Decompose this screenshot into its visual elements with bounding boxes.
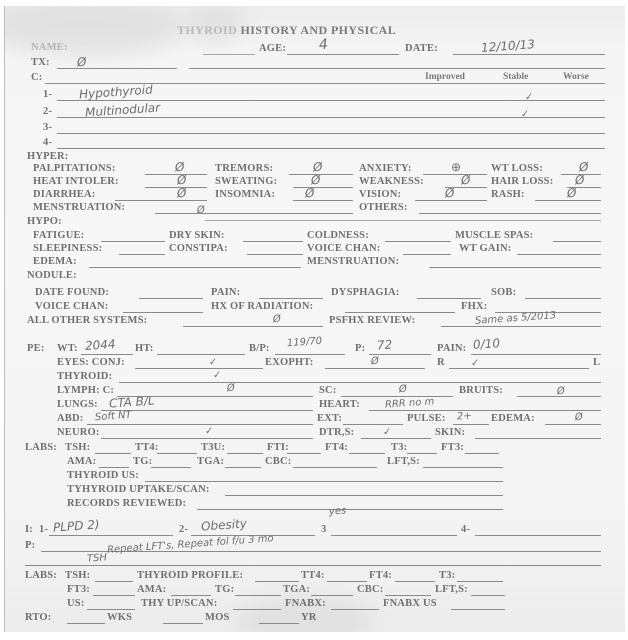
- p-value: 72: [377, 338, 393, 351]
- i3-num: 3: [321, 524, 326, 535]
- labs2-ft3-line[interactable]: [93, 595, 135, 596]
- pain-pe-value: 0/10: [473, 337, 501, 351]
- labs-ft3-label: FT3:: [441, 442, 464, 453]
- labs-cbc-line[interactable]: [293, 467, 377, 468]
- labs2-tt4-label: TT4:: [301, 570, 325, 581]
- name-label: NAME:: [31, 42, 68, 53]
- rash-label: RASH:: [491, 189, 525, 200]
- bp-label: B/P:: [249, 343, 270, 354]
- wt-gain-line[interactable]: [517, 254, 601, 255]
- complaint-2-mark: ✓: [521, 109, 530, 122]
- all-other-systems-value: Ø: [273, 314, 282, 327]
- p-label: P:: [355, 343, 365, 354]
- pain-pe-label: PAIN:: [437, 343, 466, 354]
- rto-wks-line[interactable]: [67, 623, 105, 624]
- abd-value: Soft NT: [95, 410, 132, 425]
- nodule-heading: NODULE:: [27, 270, 77, 281]
- muscle-spas-line[interactable]: [553, 241, 601, 242]
- age-label: AGE:: [259, 43, 286, 54]
- eyes-conj-label: EYES: CONJ:: [57, 357, 125, 368]
- thyroid-value: ✓: [213, 370, 222, 383]
- sc-value: Ø: [399, 384, 408, 397]
- palpitations-value: Ø: [175, 161, 185, 174]
- dtrs-line[interactable]: [361, 438, 431, 439]
- thyroid-form-page: THYROID HISTORY AND PHYSICAL NAME: AGE: …: [4, 6, 625, 632]
- hyper-menstruation-line[interactable]: [155, 213, 353, 214]
- hypo-heading: HYPO:: [27, 216, 62, 227]
- lungs-label: LUNGS:: [57, 399, 98, 410]
- hx-radiation-label: HX OF RADIATION:: [211, 301, 313, 312]
- wt-loss-value: Ø: [579, 161, 589, 174]
- dtrs-value: ✓: [383, 427, 392, 440]
- eyes-conj-value: ✓: [209, 357, 218, 370]
- hyper-menstruation-value: Ø: [197, 205, 206, 218]
- complaint-1-value: Hypothyroid: [79, 83, 153, 100]
- anxiety-line[interactable]: [423, 174, 487, 175]
- records-reviewed-value: yes: [329, 505, 347, 518]
- pulse-line[interactable]: [453, 424, 489, 425]
- voice-chan-label: VOICE CHAN:: [307, 243, 380, 254]
- dtrs-label: DTR,S:: [319, 427, 354, 438]
- labs2-cbc-label: CBC:: [357, 584, 383, 595]
- labs2-thy-up-scan-label: THY UP/SCAN:: [141, 598, 217, 609]
- rash-value: Ø: [567, 187, 577, 200]
- edema-pe-label: EDEMA:: [491, 413, 535, 424]
- lymph-c-label: LYMPH: C:: [57, 385, 114, 396]
- complaint-3-num: 3-: [43, 122, 52, 133]
- ht-line[interactable]: [157, 354, 245, 355]
- weakness-label: WEAKNESS:: [359, 176, 424, 187]
- pulse-label: PULSE:: [407, 413, 446, 424]
- dysphagia-line[interactable]: [417, 298, 481, 299]
- age-field-line[interactable]: [287, 54, 399, 55]
- i4-num: 4-: [461, 524, 470, 535]
- skin-line[interactable]: [475, 438, 601, 439]
- labs2-tsh-line[interactable]: [95, 581, 133, 582]
- r-l-line[interactable]: [449, 368, 589, 369]
- date-field-line[interactable]: [453, 54, 605, 55]
- status-col-improved: Improved: [425, 72, 465, 82]
- labs2-tga-line[interactable]: [311, 595, 353, 596]
- labs-t3-line[interactable]: [407, 453, 437, 454]
- labs2-tt4-line[interactable]: [327, 581, 367, 582]
- others-label: OTHERS:: [359, 202, 408, 213]
- pe-label: PE:: [27, 343, 45, 354]
- palpitations-label: PALPITATIONS:: [33, 163, 116, 174]
- labs2-heading: LABS:: [25, 570, 57, 581]
- i1-line[interactable]: [49, 535, 173, 536]
- thyroid-label: THYROID:: [57, 371, 112, 382]
- all-other-systems-label: ALL OTHER SYSTEMS:: [27, 315, 147, 326]
- anxiety-label: ANXIETY:: [359, 163, 412, 174]
- i2-num: 2-: [179, 524, 188, 535]
- labs-heading: LABS:: [25, 442, 57, 453]
- others-line[interactable]: [419, 213, 601, 214]
- labs2-us-line[interactable]: [87, 609, 135, 610]
- p-plan-line-2[interactable]: [25, 565, 601, 566]
- edema-pe-line[interactable]: [545, 424, 601, 425]
- labs-tga-line[interactable]: [225, 467, 261, 468]
- bp-value: 119/70: [287, 336, 323, 350]
- hypo-menstruation-label: MENSTRUATION:: [307, 256, 399, 267]
- dry-skin-line[interactable]: [243, 241, 303, 242]
- labs2-fnabx-line[interactable]: [331, 609, 379, 610]
- edema-pe-value: Ø: [575, 412, 584, 425]
- exopht-label: EXOPHT:: [265, 357, 313, 368]
- exopht-line[interactable]: [325, 368, 425, 369]
- status-col-worse: Worse: [563, 72, 589, 82]
- r-value: ✓: [471, 358, 480, 371]
- labs2-lfts-label: LFT,S:: [435, 584, 468, 595]
- bp-line[interactable]: [275, 354, 345, 355]
- age-value: 4: [319, 39, 329, 52]
- labs-lfts-line[interactable]: [423, 467, 503, 468]
- neuro-label: NEURO:: [57, 427, 100, 438]
- i-label: I:: [25, 524, 33, 535]
- heart-label: HEART:: [319, 399, 360, 410]
- sweating-value: Ø: [311, 174, 321, 187]
- lymph-c-value: Ø: [227, 383, 236, 396]
- labs-cbc-label: CBC:: [265, 456, 291, 467]
- skin-label: SKIN:: [435, 427, 465, 438]
- abd-label: ABD:: [57, 413, 83, 424]
- bruits-label: BRUITS:: [459, 385, 503, 396]
- i2-value: Obesity: [201, 517, 248, 532]
- tremors-value: Ø: [313, 161, 323, 174]
- voice-chan-nodule-line[interactable]: [123, 312, 203, 313]
- wt-line[interactable]: [81, 354, 133, 355]
- insomnia-label: INSOMNIA:: [215, 189, 275, 200]
- all-other-systems-line[interactable]: [183, 326, 323, 327]
- labs2-ft4-label: FT4:: [369, 570, 392, 581]
- hypo-menstruation-line[interactable]: [429, 267, 601, 268]
- c-label: C:: [31, 72, 42, 83]
- date-found-label: DATE FOUND:: [35, 287, 109, 298]
- hypo-edema-line[interactable]: [89, 267, 301, 268]
- l-label: L: [593, 357, 600, 368]
- complaint-4-line[interactable]: [57, 148, 605, 149]
- psfhx-review-line[interactable]: [441, 326, 601, 327]
- complaint-4-num: 4-: [43, 137, 52, 148]
- date-value: 12/10/13: [481, 38, 536, 54]
- labs-ama-label: AMA:: [67, 456, 96, 467]
- i1-value: PLPD 2): [53, 518, 100, 533]
- exopht-value: Ø: [371, 356, 380, 369]
- tx-value: Ø: [77, 56, 87, 69]
- hx-radiation-line[interactable]: [345, 312, 455, 313]
- pain-label: PAIN:: [211, 287, 240, 298]
- coldness-line[interactable]: [385, 241, 451, 242]
- labs-tg-label: TG:: [133, 456, 152, 467]
- labs2-ft3-label: FT3:: [67, 584, 90, 595]
- labs2-cbc-line[interactable]: [385, 595, 431, 596]
- ext-line[interactable]: [343, 424, 403, 425]
- thyroid-us-line[interactable]: [145, 481, 503, 482]
- lungs-value: CTA B/L: [109, 394, 155, 409]
- labs2-profile-line[interactable]: [255, 581, 299, 582]
- hyper-heading: HYPER:: [27, 151, 68, 162]
- labs-fti-line[interactable]: [287, 453, 321, 454]
- labs-ft4-line[interactable]: [349, 453, 385, 454]
- abd-line[interactable]: [87, 424, 313, 425]
- hair-loss-value: Ø: [575, 174, 585, 187]
- insomnia-value: Ø: [305, 187, 315, 200]
- labs-tga-label: TGA:: [197, 456, 224, 467]
- complaint-1-num: 1-: [43, 89, 52, 100]
- pulse-value: 2+: [457, 411, 473, 424]
- tremors-line[interactable]: [289, 174, 353, 175]
- constipa-line[interactable]: [247, 254, 303, 255]
- sweating-label: SWEATING:: [215, 176, 277, 187]
- psfhx-review-label: PSFHX REVIEW:: [329, 315, 415, 326]
- p-plan-extra: TSH: [87, 552, 108, 565]
- sweating-line[interactable]: [293, 187, 353, 188]
- fatigue-label: FATIGUE:: [33, 230, 84, 241]
- labs2-profile-label: THYROID PROFILE:: [137, 570, 243, 581]
- labs-tg-line[interactable]: [151, 467, 191, 468]
- rto-mos-label: MOS: [205, 612, 230, 623]
- r-label: R: [437, 357, 445, 368]
- heat-intoler-label: HEAT INTOLER:: [33, 176, 119, 187]
- sc-label: SC:: [319, 385, 337, 396]
- rto-label: RTO:: [25, 612, 52, 623]
- coldness-label: COLDNESS:: [307, 230, 369, 241]
- ht-label: HT:: [135, 343, 154, 354]
- heat-intoler-value: Ø: [177, 174, 187, 187]
- labs-t3-label: T3:: [391, 442, 407, 453]
- voice-chan-nodule-label: VOICE CHAN:: [35, 301, 108, 312]
- complaint-1-mark: ✓: [525, 92, 534, 105]
- complaint-3-line[interactable]: [57, 133, 605, 134]
- pain-pe-line[interactable]: [471, 354, 601, 355]
- records-reviewed-label: RECORDS REVIEWED:: [67, 498, 186, 509]
- uptake-scan-label: TYHYROID UPTAKE/SCAN:: [67, 484, 210, 495]
- labs-lfts-label: LFT,S:: [387, 456, 420, 467]
- labs-ft3-line[interactable]: [465, 453, 499, 454]
- i4-line[interactable]: [475, 535, 601, 536]
- name-field-line[interactable]: [203, 54, 255, 55]
- wt-label: WT:: [57, 343, 78, 354]
- diarrhea-line[interactable]: [115, 200, 207, 201]
- fhx-label: FHX:: [461, 301, 487, 312]
- sob-line[interactable]: [525, 298, 601, 299]
- labs2-t3-line[interactable]: [457, 581, 503, 582]
- sob-label: SOB:: [491, 287, 516, 298]
- tx-label: TX:: [31, 57, 50, 68]
- labs2-ama-label: AMA:: [137, 584, 166, 595]
- p-plan-value: Repeat LFT's, Repeat fol f/u 3 mo: [107, 533, 274, 557]
- sleepiness-label: SLEEPINESS:: [33, 243, 102, 254]
- vision-line[interactable]: [415, 200, 487, 201]
- labs2-us-label: US:: [67, 598, 85, 609]
- vision-value: Ø: [445, 187, 455, 200]
- form-title: THYROID HISTORY AND PHYSICAL: [177, 23, 396, 38]
- thyroid-line[interactable]: [119, 382, 601, 383]
- i1-num: 1-: [39, 524, 48, 535]
- hyper-menstruation-label: MENSTRUATION:: [33, 202, 125, 213]
- muscle-spas-label: MUSCLE SPAS:: [455, 230, 533, 241]
- labs2-ama-line[interactable]: [171, 595, 211, 596]
- constipa-label: CONSTIPA:: [169, 243, 228, 254]
- labs-tt4-line[interactable]: [157, 453, 197, 454]
- labs2-lfts-line[interactable]: [471, 595, 505, 596]
- eyes-conj-line[interactable]: [135, 368, 263, 369]
- bruits-value: Ø: [557, 386, 566, 399]
- fatigue-line[interactable]: [101, 241, 165, 242]
- labs2-tg-line[interactable]: [235, 595, 281, 596]
- labs-fti-label: FTI:: [267, 442, 289, 453]
- tx-field-line[interactable]: [57, 68, 177, 69]
- date-label: DATE:: [405, 43, 438, 54]
- voice-chan-line[interactable]: [403, 254, 451, 255]
- labs2-thy-up-scan-line[interactable]: [233, 609, 281, 610]
- labs2-tsh-label: TSH:: [65, 570, 90, 581]
- dry-skin-label: DRY SKIN:: [169, 230, 225, 241]
- labs-t3u-line[interactable]: [227, 453, 263, 454]
- rto-mos-line[interactable]: [163, 623, 203, 624]
- separator: [205, 220, 601, 221]
- records-reviewed-line[interactable]: [197, 509, 503, 510]
- labs2-t3-label: T3:: [439, 570, 455, 581]
- anxiety-value: ⊕: [451, 161, 462, 174]
- labs-t3u-label: T3U:: [201, 442, 225, 453]
- weakness-value: Ø: [461, 174, 471, 187]
- labs-ft4-label: FT4:: [325, 442, 348, 453]
- diarrhea-value: Ø: [177, 187, 187, 200]
- insomnia-line[interactable]: [293, 200, 353, 201]
- sleepiness-line[interactable]: [119, 254, 165, 255]
- wt-loss-label: WT LOSS:: [491, 163, 543, 174]
- pain-line[interactable]: [259, 298, 323, 299]
- status-col-stable: Stable: [503, 72, 528, 82]
- labs2-tg-label: TG:: [215, 584, 234, 595]
- date-found-line[interactable]: [139, 298, 203, 299]
- labs2-fnabx-us-label: FNABX US: [383, 598, 437, 609]
- lungs-line[interactable]: [101, 410, 313, 411]
- labs2-fnabx-label: FNABX:: [285, 598, 326, 609]
- dysphagia-label: DYSPHAGIA:: [331, 287, 400, 298]
- rto-wks-label: WKS: [107, 612, 132, 623]
- diarrhea-label: DIARRHEA:: [33, 189, 95, 200]
- wt-value: 2044: [85, 338, 116, 352]
- wt-gain-label: WT GAIN:: [459, 243, 511, 254]
- rto-yr-label: YR: [301, 612, 317, 623]
- complaint-2-num: 2-: [43, 106, 52, 117]
- labs2-fnabx-us-line[interactable]: [451, 609, 505, 610]
- ext-label: EXT:: [317, 413, 342, 424]
- p-plan-label: P:: [25, 540, 35, 551]
- rto-yr-line[interactable]: [259, 623, 299, 624]
- thyroid-us-label: THYROID US:: [67, 470, 139, 481]
- sc-line[interactable]: [341, 396, 453, 397]
- labs-ama-line[interactable]: [99, 467, 129, 468]
- labs-tsh-label: TSH:: [65, 442, 90, 453]
- hypo-edema-label: EDEMA:: [33, 256, 77, 267]
- uptake-scan-line[interactable]: [225, 495, 503, 496]
- labs2-ft4-line[interactable]: [395, 581, 435, 582]
- labs-tsh-line[interactable]: [95, 453, 131, 454]
- vision-label: VISION:: [359, 189, 401, 200]
- hair-loss-label: HAIR LOSS:: [491, 176, 553, 187]
- labs2-tga-label: TGA:: [283, 584, 310, 595]
- i3-line[interactable]: [331, 535, 457, 536]
- labs-tt4-label: TT4:: [135, 442, 159, 453]
- tx-field-line-2[interactable]: [189, 68, 605, 69]
- neuro-value: ✓: [205, 426, 214, 439]
- tremors-label: TREMORS:: [215, 163, 273, 174]
